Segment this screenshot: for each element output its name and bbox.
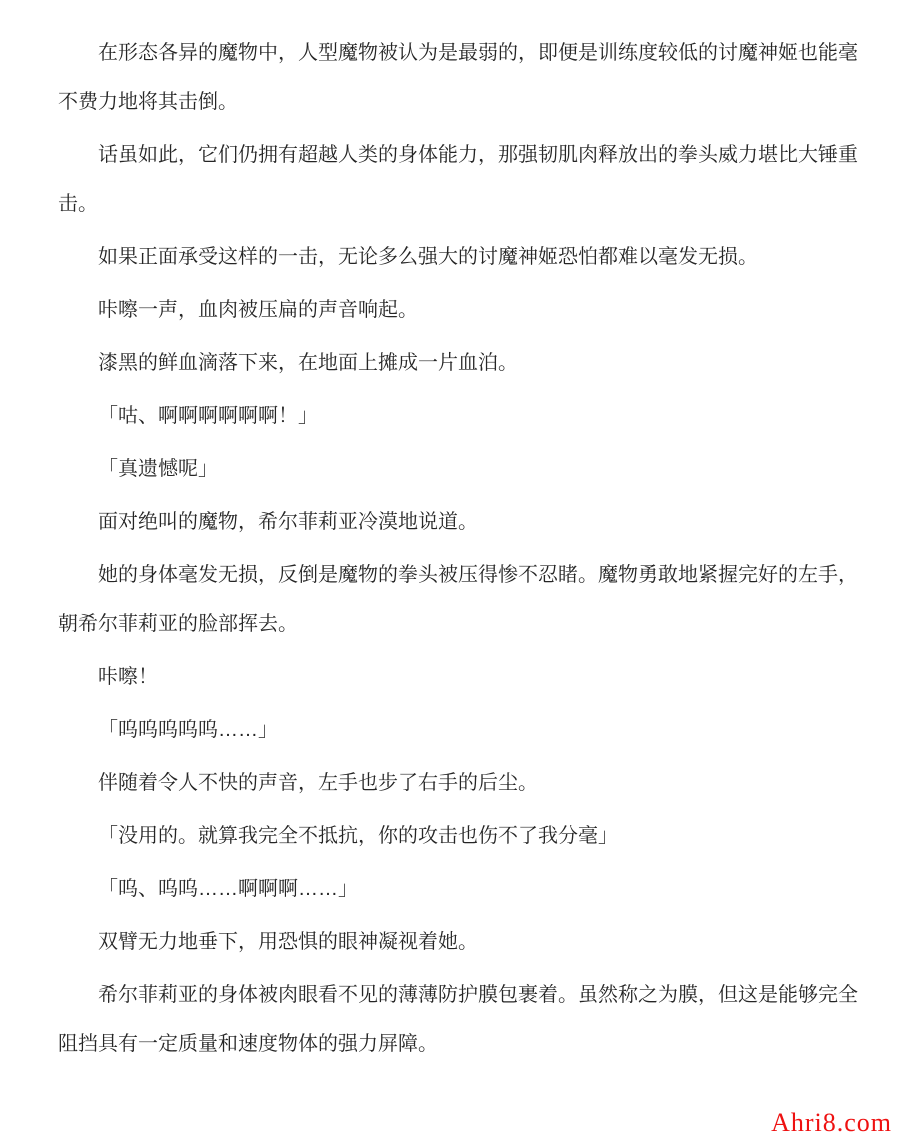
novel-text: 在形态各异的魔物中，人型魔物被认为是最弱的，即便是训练度较低的讨魔神姬也能毫不费… (0, 0, 858, 1069)
paragraph: 话虽如此，它们仍拥有超越人类的身体能力，那强韧肌肉释放出的拳头威力堪比大锤重击。 (58, 131, 858, 229)
paragraph: 「呜、呜呜……啊啊啊……」 (58, 865, 858, 914)
paragraph: 咔嚓一声，血肉被压扁的声音响起。 (58, 286, 858, 335)
paragraph: 咔嚓！ (58, 653, 858, 702)
paragraph: 伴随着令人不快的声音，左手也步了右手的后尘。 (58, 759, 858, 808)
paragraph: 「没用的。就算我完全不抵抗，你的攻击也伤不了我分毫」 (58, 812, 858, 861)
watermark: Ahri8.com (771, 1108, 892, 1138)
paragraph: 希尔菲莉亚的身体被肉眼看不见的薄薄防护膜包裹着。虽然称之为膜，但这是能够完全阻挡… (58, 971, 858, 1069)
paragraph: 她的身体毫发无损，反倒是魔物的拳头被压得惨不忍睹。魔物勇敢地紧握完好的左手，朝希… (58, 551, 858, 649)
paragraph: 「咕、啊啊啊啊啊啊！」 (58, 392, 858, 441)
paragraph: 面对绝叫的魔物，希尔菲莉亚冷漠地说道。 (58, 498, 858, 547)
paragraph: 双臂无力地垂下，用恐惧的眼神凝视着她。 (58, 918, 858, 967)
paragraph: 如果正面承受这样的一击，无论多么强大的讨魔神姬恐怕都难以毫发无损。 (58, 233, 858, 282)
paragraph: 漆黑的鲜血滴落下来，在地面上摊成一片血泊。 (58, 339, 858, 388)
paragraph: 「真遗憾呢」 (58, 445, 858, 494)
paragraph: 在形态各异的魔物中，人型魔物被认为是最弱的，即便是训练度较低的讨魔神姬也能毫不费… (58, 29, 858, 127)
paragraph: 「呜呜呜呜呜……」 (58, 706, 858, 755)
